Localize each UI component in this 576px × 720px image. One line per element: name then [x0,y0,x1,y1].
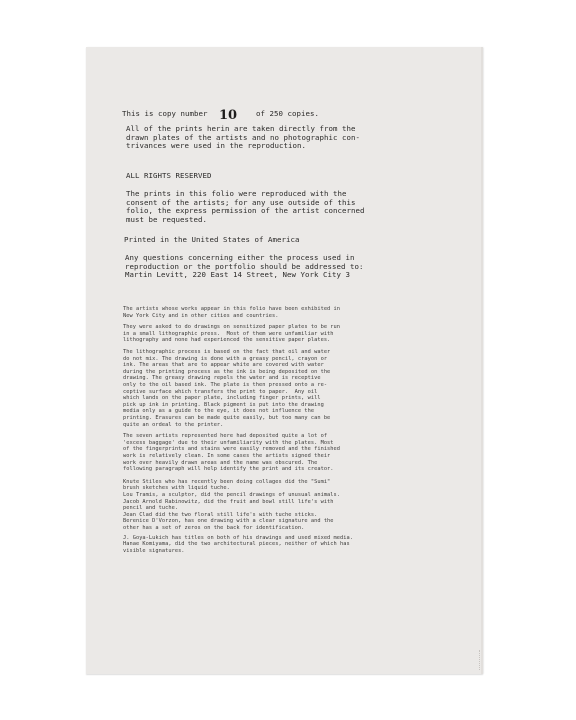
copy-number: 10 [219,108,237,123]
edge-mark [479,650,483,670]
body-paragraph: J. Goya-Lukich has titles on both of his… [123,535,353,555]
intro-text: All of the prints herin are taken direct… [126,125,360,151]
rights-heading: ALL RIGHTS RESERVED [126,172,212,181]
body-paragraph: Knute Stiles who has recently been doing… [123,479,340,532]
printed-in: Printed in the United States of America [124,236,299,245]
body-paragraph: The lithographic process is based on the… [123,349,330,428]
copy-line-suffix: of 250 copies. [256,110,319,119]
rights-text: The prints in this folio were reproduced… [126,190,364,224]
body-paragraph: The artists whose works appear in this f… [123,306,340,319]
copy-line-prefix: This is copy number [122,110,208,119]
questions-text: Any questions concerning either the proc… [125,254,363,280]
body-paragraph: The seven artists represented here had d… [123,433,340,473]
body-paragraph: They were asked to do drawings on sensit… [123,324,340,344]
